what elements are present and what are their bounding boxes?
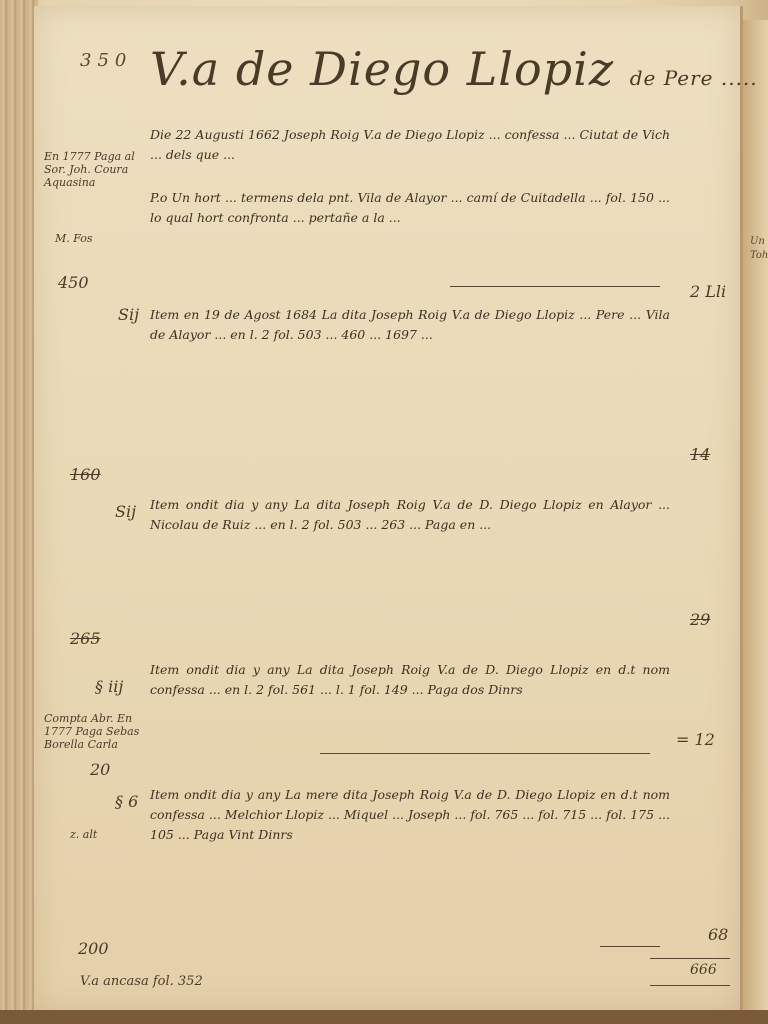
margin-note-sij-1: Sij xyxy=(118,308,139,321)
margin-note-20: 20 xyxy=(90,763,110,776)
ledger-entry-3: Item en 19 de Agost 1684 La dita Joseph … xyxy=(150,305,670,490)
folio-number: 350 xyxy=(80,50,132,71)
margin-note-reference: V.a ancasa fol. 352 xyxy=(80,975,203,988)
right-note-2lli: 2 Lli xyxy=(690,282,726,301)
right-note-68: 68 xyxy=(708,925,728,944)
right-note-total: 666 xyxy=(690,962,717,978)
adjacent-page-text: Un Toh xyxy=(750,235,768,263)
right-note-29: 29 xyxy=(690,610,710,629)
ledger-entry-2: P.o Un hort ... termens dela pnt. Vila d… xyxy=(150,188,670,288)
page-bottom-edge xyxy=(0,1010,768,1024)
right-note-12: = 12 xyxy=(676,730,715,749)
margin-note-160: 160 xyxy=(70,468,101,481)
margin-note-1777-b: Compta Abr. En 1777 Paga Sebas Borella C… xyxy=(44,712,144,751)
margin-note-fos: M. Fos xyxy=(55,232,93,245)
entry-divider xyxy=(450,286,660,287)
manuscript-scan: Un Toh 350 V.a de Diego Llopiz de Pere .… xyxy=(0,0,768,1024)
margin-note-s6: § 6 xyxy=(115,795,138,808)
page-title: V.a de Diego Llopiz de Pere ..... xyxy=(150,42,758,96)
title-suffix: de Pere ..... xyxy=(630,66,758,90)
total-rule-bottom xyxy=(650,985,730,986)
entry-divider xyxy=(320,753,650,754)
margin-note-450: 450 xyxy=(58,276,89,289)
book-binding xyxy=(0,0,38,1024)
margin-note-siij: § iij xyxy=(95,680,123,693)
ledger-entry-6: Item ondit dia y any La mere dita Joseph… xyxy=(150,785,670,950)
total-rule-top xyxy=(650,958,730,959)
ledger-entry-4: Item ondit dia y any La dita Joseph Roig… xyxy=(150,495,670,645)
entry-divider xyxy=(600,946,660,947)
margin-note-zalt: z. alt xyxy=(70,828,97,841)
margin-note-1777-a: En 1777 Paga al Sor. Joh. Coura Aquasina xyxy=(44,150,144,189)
adjacent-page-edge: Un Toh xyxy=(742,20,768,1020)
margin-note-265: 265 xyxy=(70,632,101,645)
ledger-entry-1: Die 22 Augusti 1662 Joseph Roig V.a de D… xyxy=(150,125,670,185)
title-main: V.a de Diego Llopiz xyxy=(150,42,614,96)
right-note-14: 14 xyxy=(690,445,710,464)
margin-note-200: 200 xyxy=(78,942,109,955)
margin-note-sij-2: Sij xyxy=(115,505,136,518)
